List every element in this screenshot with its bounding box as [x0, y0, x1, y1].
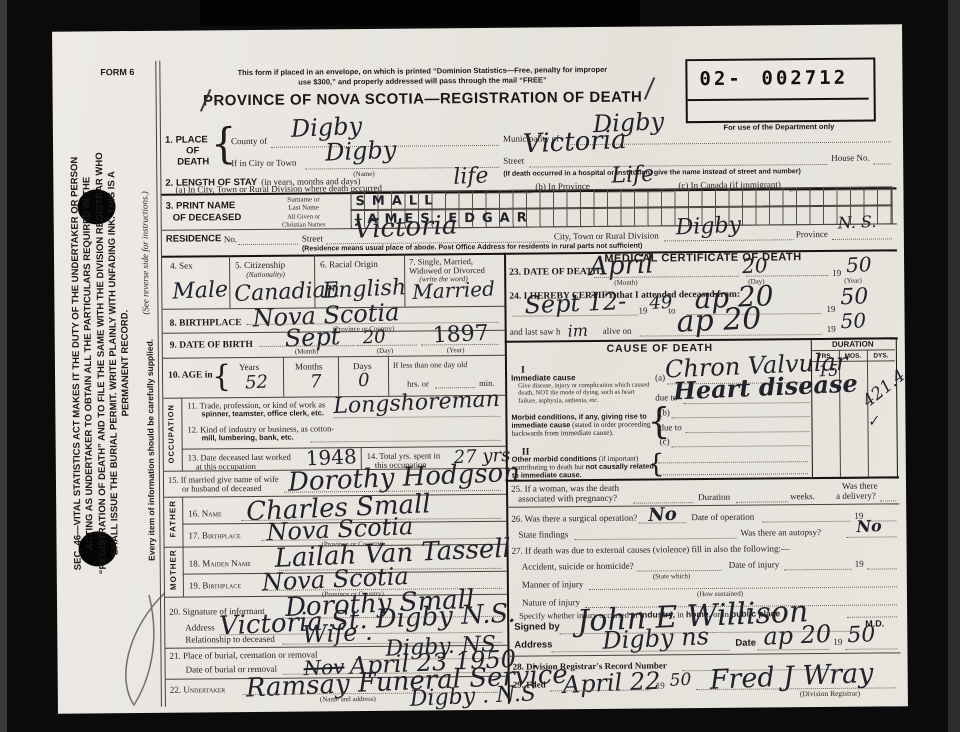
- scan-background: FORM 6 SEC. 46—VITAL STATISTICS ACT MAKE…: [0, 0, 960, 732]
- s27-dotline6: [847, 616, 897, 617]
- city-town-value: Digby: [325, 137, 397, 164]
- icd-checkmark: ✓: [866, 414, 880, 430]
- s15-label2: or husband of deceased: [182, 483, 262, 494]
- house-no-dotline: [873, 163, 891, 164]
- s24-saw-label1: and last saw h: [510, 326, 561, 336]
- s26-date-label: Date of operation: [691, 512, 754, 523]
- s5-sub: (Nationality): [246, 270, 285, 279]
- s3-heading1: 3. PRINT NAME: [166, 200, 236, 212]
- cause-c-label: (c): [660, 436, 670, 446]
- s23-day-dotline: [746, 275, 828, 277]
- cause-a-label: (a): [655, 372, 665, 382]
- death-day-value: 20: [742, 255, 768, 276]
- department-note: For use of the Department only: [686, 122, 872, 133]
- s9-day-note: (Day): [377, 347, 393, 355]
- scan-edge-right: [948, 0, 960, 732]
- occupation-cell-divider: [181, 398, 183, 471]
- s24-saw-label2: alive on: [603, 326, 632, 336]
- father-cell-divider: [182, 497, 183, 547]
- serial-box-divider: [688, 98, 869, 102]
- residence-street-label: Street: [302, 233, 323, 243]
- s23-label: 23. DATE OF DEATH: [509, 267, 600, 278]
- occupation-side-label: OCCUPATION: [166, 401, 176, 467]
- s2b-value: Life: [611, 164, 655, 188]
- street-dotline: [529, 164, 827, 168]
- s10-brace: {: [212, 362, 231, 392]
- s25-weeks-label: weeks.: [790, 491, 815, 501]
- s25-label2: associated with pregnancy?: [518, 493, 617, 504]
- scan-notch: [200, 0, 640, 26]
- residence-label: RESIDENCE: [166, 233, 222, 244]
- filed-year-value: 50: [669, 672, 691, 690]
- form-number: FORM 6: [100, 67, 134, 77]
- street-label: Street: [503, 156, 524, 166]
- s12-label2: mill, lumbering, bank, etc.: [202, 433, 294, 443]
- s17-label: 17. Birthplace: [188, 530, 240, 540]
- signed-year-value: 50: [847, 624, 876, 647]
- cause-due-to2: due to: [659, 422, 681, 432]
- residence-province-label: Province: [796, 229, 828, 239]
- s1-label: 1. PLACE: [165, 134, 208, 145]
- signed-date-dotline: [757, 649, 829, 651]
- s26-dotline2: [762, 521, 850, 523]
- s23-month-note: (Month): [614, 279, 637, 287]
- signed-address-label: Address: [514, 639, 552, 650]
- mother-cell-divider: [183, 547, 184, 597]
- cause-due-to1-dotline: [683, 402, 809, 404]
- s10-div1: [283, 357, 284, 397]
- s27-manner-label: Manner of injury: [522, 579, 584, 590]
- county-label: County of: [231, 136, 267, 146]
- residence-no-label: No.: [224, 234, 237, 244]
- residence-city-value: Digby: [675, 215, 741, 240]
- s8-label: 8. BIRTHPLACE: [170, 318, 242, 329]
- s26-label: 26. Was there a surgical operation?: [511, 513, 637, 524]
- s25-duration-label: Duration: [698, 492, 730, 502]
- other-dotline1: [658, 461, 808, 463]
- immediate-cause-text: Give disease, injury or complication whi…: [518, 382, 650, 405]
- s18-label: 18. Maiden Name: [189, 558, 251, 569]
- s10-div3: [388, 356, 389, 396]
- residence-province-dotline: [832, 238, 892, 240]
- s22-label: 22. Undertaker: [170, 684, 226, 694]
- morbid-conditions-text: Morbid conditions, if any, giving rise t…: [511, 412, 653, 437]
- s24-to-label: to: [668, 305, 675, 315]
- age-years-value: 52: [245, 373, 269, 392]
- s9-month-note: (Month): [295, 347, 318, 355]
- s11-label2: spinner, teamster, office clerk, etc.: [201, 408, 324, 418]
- residence-no-dotline: [238, 244, 298, 246]
- signed-year-dotline: [845, 648, 897, 649]
- saw-him-hw: im: [567, 323, 588, 340]
- s24-from-year-pre: 19: [638, 306, 647, 316]
- cause-b-label: (b): [659, 407, 670, 417]
- death-year-value: 50: [846, 254, 872, 275]
- s3-heading2: OF DECEASED: [173, 212, 242, 224]
- s9-year-note: (Year): [447, 346, 465, 354]
- s1-label-death: DEATH: [177, 156, 209, 167]
- filed-date-value: April 22: [562, 669, 661, 697]
- s27-state-which-note: (State which): [653, 572, 691, 580]
- s27-injury-date-label: Date of injury: [729, 559, 780, 569]
- s29-year-pre: 19: [656, 680, 665, 690]
- s10-div2: [338, 356, 339, 396]
- s5-label: 5. Citizenship: [235, 260, 285, 270]
- s24-to-year-pre: 19: [826, 304, 835, 314]
- occupation-value: Longshoreman: [333, 389, 500, 418]
- s25-dotline2: [736, 501, 788, 502]
- s10-label: 10. AGE in: [168, 370, 213, 380]
- s26-dotline5: [846, 536, 896, 537]
- residence-street-value: Victoria: [353, 212, 458, 242]
- other-dotline2: [658, 473, 808, 475]
- s27-nature-label: Nature of injury: [522, 597, 580, 608]
- signed-date-label: Date: [735, 638, 756, 649]
- s25-delivery-label1: Was there: [842, 481, 878, 491]
- cause-c-dotline: [672, 445, 810, 447]
- street-value: Victoria: [523, 127, 628, 157]
- s26-autopsy-label: Was there an autopsy?: [740, 527, 821, 538]
- s2a-value: life: [453, 165, 489, 189]
- s25-delivery-label2: a delivery?: [836, 491, 876, 501]
- medical-title: MEDICAL CERTIFICATE OF DEATH: [509, 250, 897, 265]
- s26-dotline1: [638, 522, 686, 523]
- signed-year-pre: 19: [833, 637, 842, 647]
- signed-date-value: ap 20: [763, 622, 832, 649]
- s10-less-label: If less than one day old: [393, 360, 468, 370]
- s26-dotline4: [574, 538, 736, 540]
- mother-side-label: MOTHER: [169, 547, 178, 593]
- scan-edge-left: [0, 0, 7, 732]
- s22-note: (Name and address): [320, 695, 376, 703]
- s27-label: 27. If death was due to external causes …: [512, 543, 790, 555]
- s19-label: 19. Birthplace: [189, 580, 241, 590]
- serial-number-box: 02- 002712: [685, 58, 876, 124]
- signed-bottom-rule: [508, 652, 901, 656]
- s10-hrs-label: hrs. or: [407, 378, 429, 388]
- last-alive-year-value: 50: [840, 310, 866, 331]
- s10-years-label: Years: [239, 362, 259, 372]
- house-no-label: House No.: [831, 153, 870, 163]
- last-alive-value: ap 20: [676, 304, 762, 338]
- s26-findings-label: State findings: [518, 529, 568, 539]
- every-item-note: Every item of information should be care…: [144, 287, 157, 613]
- surname-label2: Last Name: [268, 203, 340, 212]
- s25-dotline3: [880, 500, 896, 501]
- signed-by-label: Signed by: [514, 621, 560, 632]
- s20-relationship-label: Relationship to deceased: [185, 634, 275, 645]
- attended-from-value: Sept 12-: [524, 289, 627, 317]
- s25-bottom-rule: [506, 503, 899, 507]
- registrar-note: (Division Registrar): [800, 689, 860, 699]
- s23-month-dotline: [594, 276, 739, 278]
- sex-value: Male: [172, 279, 229, 303]
- s4-label: 4. Sex: [170, 261, 193, 271]
- city-town-label: If in City or Town: [231, 158, 296, 169]
- s12-dotline: [311, 440, 501, 443]
- s9-label: 9. DATE OF BIRTH: [170, 340, 253, 351]
- autopsy-value: No: [856, 518, 882, 535]
- s29-label: 29. Filed: [513, 679, 546, 689]
- age-days-value: 0: [358, 372, 370, 390]
- given-label1: All Given or: [266, 213, 342, 221]
- marital-status-value: Married: [412, 278, 495, 302]
- father-side-label: FATHER: [168, 497, 177, 541]
- death-certificate-paper: FORM 6 SEC. 46—VITAL STATISTICS ACT MAKE…: [52, 24, 908, 713]
- duration-col-dys: DYS.: [867, 352, 895, 359]
- s10-months-label: Months: [295, 361, 323, 371]
- s9-bottom-rule: [163, 355, 505, 359]
- serial-number: 002712: [761, 67, 848, 90]
- s27-accident-label: Accident, suicide or homicide?: [522, 561, 634, 572]
- form-title: PROVINCE OF NOVA SCOTIA—REGISTRATION OF …: [163, 88, 683, 110]
- attended-to-year-value: 50: [840, 286, 869, 309]
- age-months-value: 7: [310, 373, 322, 391]
- serial-prefix: 02-: [699, 68, 743, 90]
- residence-city-label: City, Town or Rural Division: [554, 230, 659, 241]
- s27-dotline2: [784, 569, 852, 571]
- cause-due-to2-dotline: [686, 431, 810, 433]
- surname-value: SMALL: [355, 193, 439, 209]
- physician-address-value: Digby ns: [602, 624, 710, 653]
- s4-divider: [229, 255, 230, 308]
- s20-address-label: Address: [185, 622, 215, 632]
- s21-label: 21. Place of burial, cremation or remova…: [169, 649, 317, 660]
- s6-label: 6. Racial Origin: [320, 259, 378, 270]
- other-morbid-text: Other morbid conditions (if important) c…: [512, 454, 654, 479]
- s11-dotline: [333, 416, 500, 418]
- s1-label-of: OF: [186, 145, 199, 156]
- s23-year-pre: 19: [832, 268, 841, 278]
- residence-province-value: N. S.: [837, 214, 876, 232]
- cause-b-dotline: [671, 416, 809, 418]
- s16-label: 16. Name: [188, 508, 221, 518]
- s27-dotline3: [867, 568, 897, 569]
- s24-alive-year-pre: 19: [827, 324, 836, 334]
- vital-statistics-act-notice: SEC. 46—VITAL STATISTICS ACT MAKES IT TH…: [69, 143, 135, 584]
- s27-year-pre: 19: [855, 559, 864, 569]
